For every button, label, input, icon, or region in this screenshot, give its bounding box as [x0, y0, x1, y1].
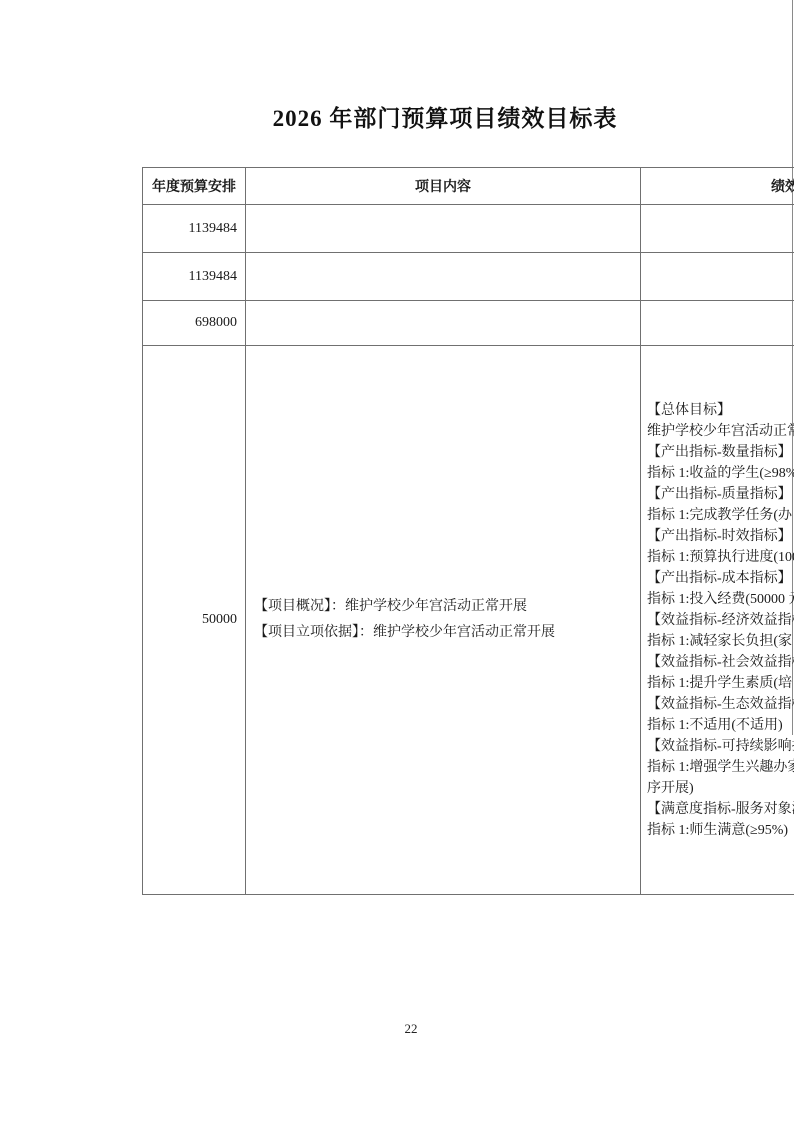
performance-line: 指标 1:完成教学任务(办: [647, 505, 794, 526]
col-header-performance: 绩效: [641, 168, 794, 205]
performance-line: 指标 1:不适用(不适用): [647, 715, 794, 736]
performance-line: 【产出指标-质量指标】: [647, 484, 794, 505]
project-overview-line: 【项目概况】：维护学校少年宫活动正常开展: [254, 594, 640, 620]
project-content-cell-empty: [246, 301, 641, 346]
performance-target-table: 年度预算安排 项目内容 绩效 1139484 1139484 698000: [142, 167, 794, 895]
table-row: 1139484: [143, 253, 794, 301]
table-row: 698000: [143, 301, 794, 346]
performance-line: 指标 1:预算执行进度(100: [647, 547, 794, 568]
performance-line: 序开展): [647, 778, 794, 799]
budget-value: 50000: [143, 346, 246, 895]
performance-line: 指标 1:师生满意(≥95%): [647, 820, 794, 841]
table-row: 1139484: [143, 205, 794, 253]
table-row: 50000 【项目概况】：维护学校少年宫活动正常开展 【项目立项依据】：维护学校…: [143, 346, 794, 895]
project-content-cell: 【项目概况】：维护学校少年宫活动正常开展 【项目立项依据】：维护学校少年宫活动正…: [246, 346, 641, 895]
performance-line: 【效益指标-社会效益指标: [647, 652, 794, 673]
performance-line: 【效益指标-生态效益指标: [647, 694, 794, 715]
budget-value: 1139484: [143, 253, 246, 301]
performance-line: 维护学校少年宫活动正常: [647, 421, 794, 442]
project-content-cell-empty: [246, 253, 641, 301]
performance-target-cell: 【总体目标】 维护学校少年宫活动正常 【产出指标-数量指标】 指标 1:收益的学…: [641, 346, 794, 895]
performance-line: 【产出指标-数量指标】: [647, 442, 794, 463]
performance-cell-empty: [641, 301, 794, 346]
performance-line: 【效益指标-经济效益指标: [647, 610, 794, 631]
performance-line: 【效益指标-可持续影响指: [647, 736, 794, 757]
performance-line: 【产出指标-成本指标】: [647, 568, 794, 589]
budget-value: 1139484: [143, 205, 246, 253]
page-title: 2026 年部门预算项目绩效目标表: [0, 100, 794, 133]
budget-value: 698000: [143, 301, 246, 346]
performance-line: 【产出指标-时效指标】: [647, 526, 794, 547]
performance-cell-empty: [641, 253, 794, 301]
performance-line: 指标 1:减轻家长负担(家: [647, 631, 794, 652]
performance-cell-empty: [641, 205, 794, 253]
performance-line: 【总体目标】: [647, 400, 794, 421]
table-header-row: 年度预算安排 项目内容 绩效: [143, 168, 794, 205]
performance-line: 指标 1:增强学生兴趣办家: [647, 757, 794, 778]
col-header-project-content: 项目内容: [246, 168, 641, 205]
project-basis-line: 【项目立项依据】：维护学校少年宫活动正常开展: [254, 620, 640, 646]
performance-line: 【满意度指标-服务对象满: [647, 799, 794, 820]
project-content-cell-empty: [246, 205, 641, 253]
performance-line: 指标 1:提升学生素质(培: [647, 673, 794, 694]
performance-line: 指标 1:收益的学生(≥98%: [647, 463, 794, 484]
col-header-annual-budget: 年度预算安排: [143, 168, 246, 205]
performance-line: 指标 1:投入经费(50000 元: [647, 589, 794, 610]
document-page: 2026 年部门预算项目绩效目标表 年度预算安排 项目内容 绩效 1139484…: [0, 0, 794, 1122]
page-number: 22: [0, 1021, 794, 1037]
